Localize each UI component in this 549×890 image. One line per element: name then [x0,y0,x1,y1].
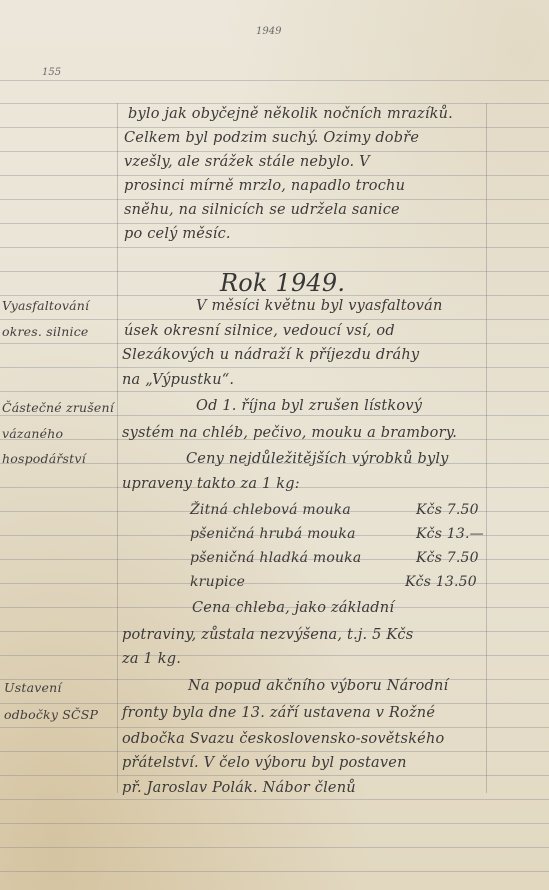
left-margin-rule [117,103,118,793]
rule-line [0,703,549,704]
header-year: 1949 [256,26,281,37]
text-line: systém na chléb, pečivo, mouku a brambor… [122,425,457,441]
rule-line [0,727,549,728]
price-item-name: pšeničná hladká mouka [190,550,361,566]
rule-line [0,199,549,200]
text-line: př. Jaroslav Polák. Nábor členů [122,780,356,796]
text-line: potraviny, zůstala nezvýšena, t.j. 5 Kčs [122,627,413,643]
rule-line [0,391,549,392]
rule-line [0,151,549,152]
rule-line [0,799,549,800]
rule-line [0,367,549,368]
text-line: na „Výpustku“. [122,372,234,388]
margin-note-line: hospodářství [2,451,86,466]
page-number: 155 [42,67,61,78]
ledger-page: 1949 155 bylo jak obyčejně několik noční… [0,0,549,890]
rule-line [0,751,549,752]
margin-note-line: Ustavení [4,680,62,695]
margin-note-line: okres. silnice [2,324,89,339]
rule-line [0,655,549,656]
text-line: Cena chleba, jako základní [192,600,394,616]
price-item-name: Žitná chlebová mouka [190,502,351,518]
price-item-value: Kčs 13.50 [405,574,477,590]
rule-line [0,223,549,224]
rule-line [0,823,549,824]
rule-line [0,103,549,104]
rule-line [0,343,549,344]
text-line: fronty byla dne 13. září ustavena v Rožn… [122,705,435,721]
price-item-name: krupice [190,574,245,590]
text-line: za 1 kg. [122,651,181,667]
section-title: Rok 1949. [220,269,345,297]
price-item-value: Kčs 13.— [416,526,484,542]
text-line: Na popud akčního výboru Národní [188,678,448,694]
margin-note-line: Vyasfaltování [2,298,89,313]
price-item-value: Kčs 7.50 [416,550,479,566]
rule-line [0,775,549,776]
rule-line [0,871,549,872]
right-margin-rule [486,103,487,793]
price-item-name: pšeničná hrubá mouka [190,526,356,542]
text-line: Od 1. října byl zrušen lístkový [196,398,422,414]
margin-note-line: Částečné zrušení [2,400,114,415]
margin-note-line: vázaného [2,426,63,441]
text-line: odbočka Svazu československo-sovětského [122,731,444,747]
text-line: úsek okresní silnice, vedoucí vsí, od [124,323,395,339]
price-item-value: Kčs 7.50 [416,502,479,518]
text-line: přátelství. V čelo výboru byl postaven [122,755,407,771]
rule-line [0,247,549,248]
text-line: Slezákových u nádraží k příjezdu dráhy [122,347,419,363]
rule-line [0,415,549,416]
rule-line [0,847,549,848]
text-line: sněhu, na silnicích se udržela sanice [124,202,400,218]
rule-line [0,80,549,81]
text-line: Ceny nejdůležitějších výrobků byly [186,451,449,467]
rule-line [0,175,549,176]
text-line: upraveny takto za 1 kg: [122,476,300,492]
text-line: vzešly, ale srážek stále nebylo. V [124,154,370,170]
margin-note-line: odbočky SČSP [4,707,98,722]
text-line: po celý měsíc. [124,226,231,242]
text-line: V měsíci květnu byl vyasfaltován [196,298,443,314]
rule-line [0,319,549,320]
text-line: prosinci mírně mrzlo, napadlo trochu [124,178,405,194]
text-line: bylo jak obyčejně několik nočních mrazík… [128,106,453,122]
rule-line [0,127,549,128]
text-line: Celkem byl podzim suchý. Ozimy dobře [124,130,419,146]
